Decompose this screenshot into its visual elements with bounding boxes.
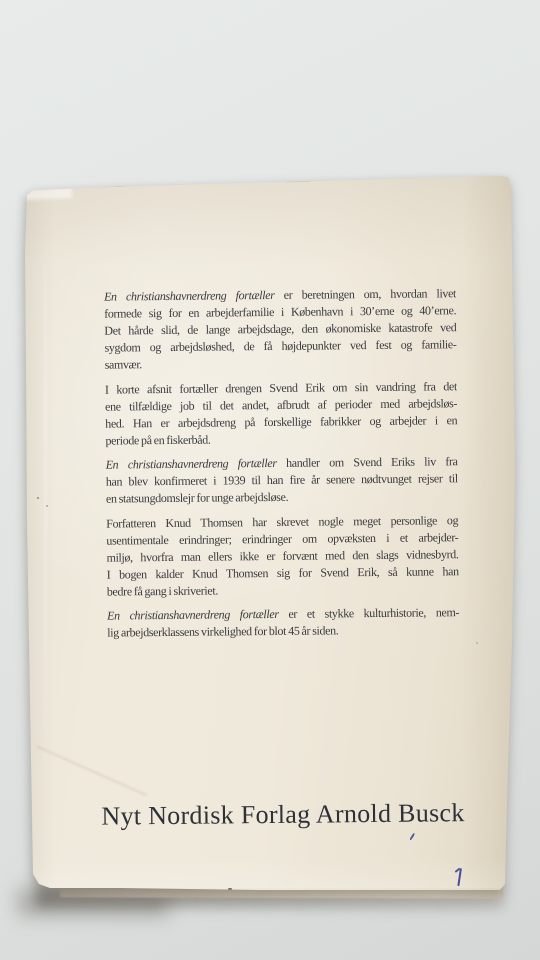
text-line: en statsungdomslejr for unge arbejdsløse…: [106, 487, 458, 507]
back-cover-text: En christianshavnerdreng fortæller er be…: [104, 285, 459, 641]
paragraph: En christianshavnerdreng fortæller er et…: [107, 604, 459, 641]
text-line: En christianshavnerdreng fortæller er et…: [107, 604, 459, 624]
text-line: samvær.: [105, 353, 457, 373]
text-line: bedre få gang i skriveriet.: [107, 580, 459, 600]
publisher-line: Nyt Nordisk Forlag Arnold Busck: [91, 798, 475, 832]
text-line: I bogen kalder Knud Thomsen sig for Sven…: [107, 563, 459, 583]
pen-mark: [409, 833, 415, 841]
pen-mark: [455, 867, 467, 887]
text-line: periode på en fiskerbåd.: [105, 429, 457, 449]
text-line: hed. Han er arbejdsdreng på forskellige …: [105, 412, 457, 432]
paragraph: Forfatteren Knud Thomsen har skrevet nog…: [106, 512, 459, 600]
paragraph: En christianshavnerdreng fortæller handl…: [106, 453, 458, 507]
photo-scene: En christianshavnerdreng fortæller er be…: [0, 0, 540, 960]
printed-content: En christianshavnerdreng fortæller er be…: [0, 0, 540, 960]
paragraph: En christianshavnerdreng fortæller er be…: [104, 285, 457, 373]
text-line: lig arbejdserklassens virkelighed for bl…: [107, 621, 459, 641]
paragraph: I korte afsnit fortæller drengen Svend E…: [105, 378, 458, 449]
text-line: han blev konfirmeret i 1939 til han fire…: [106, 470, 458, 490]
text-line: sygdom og arbejdsløshed, de få højdepunk…: [104, 336, 456, 356]
